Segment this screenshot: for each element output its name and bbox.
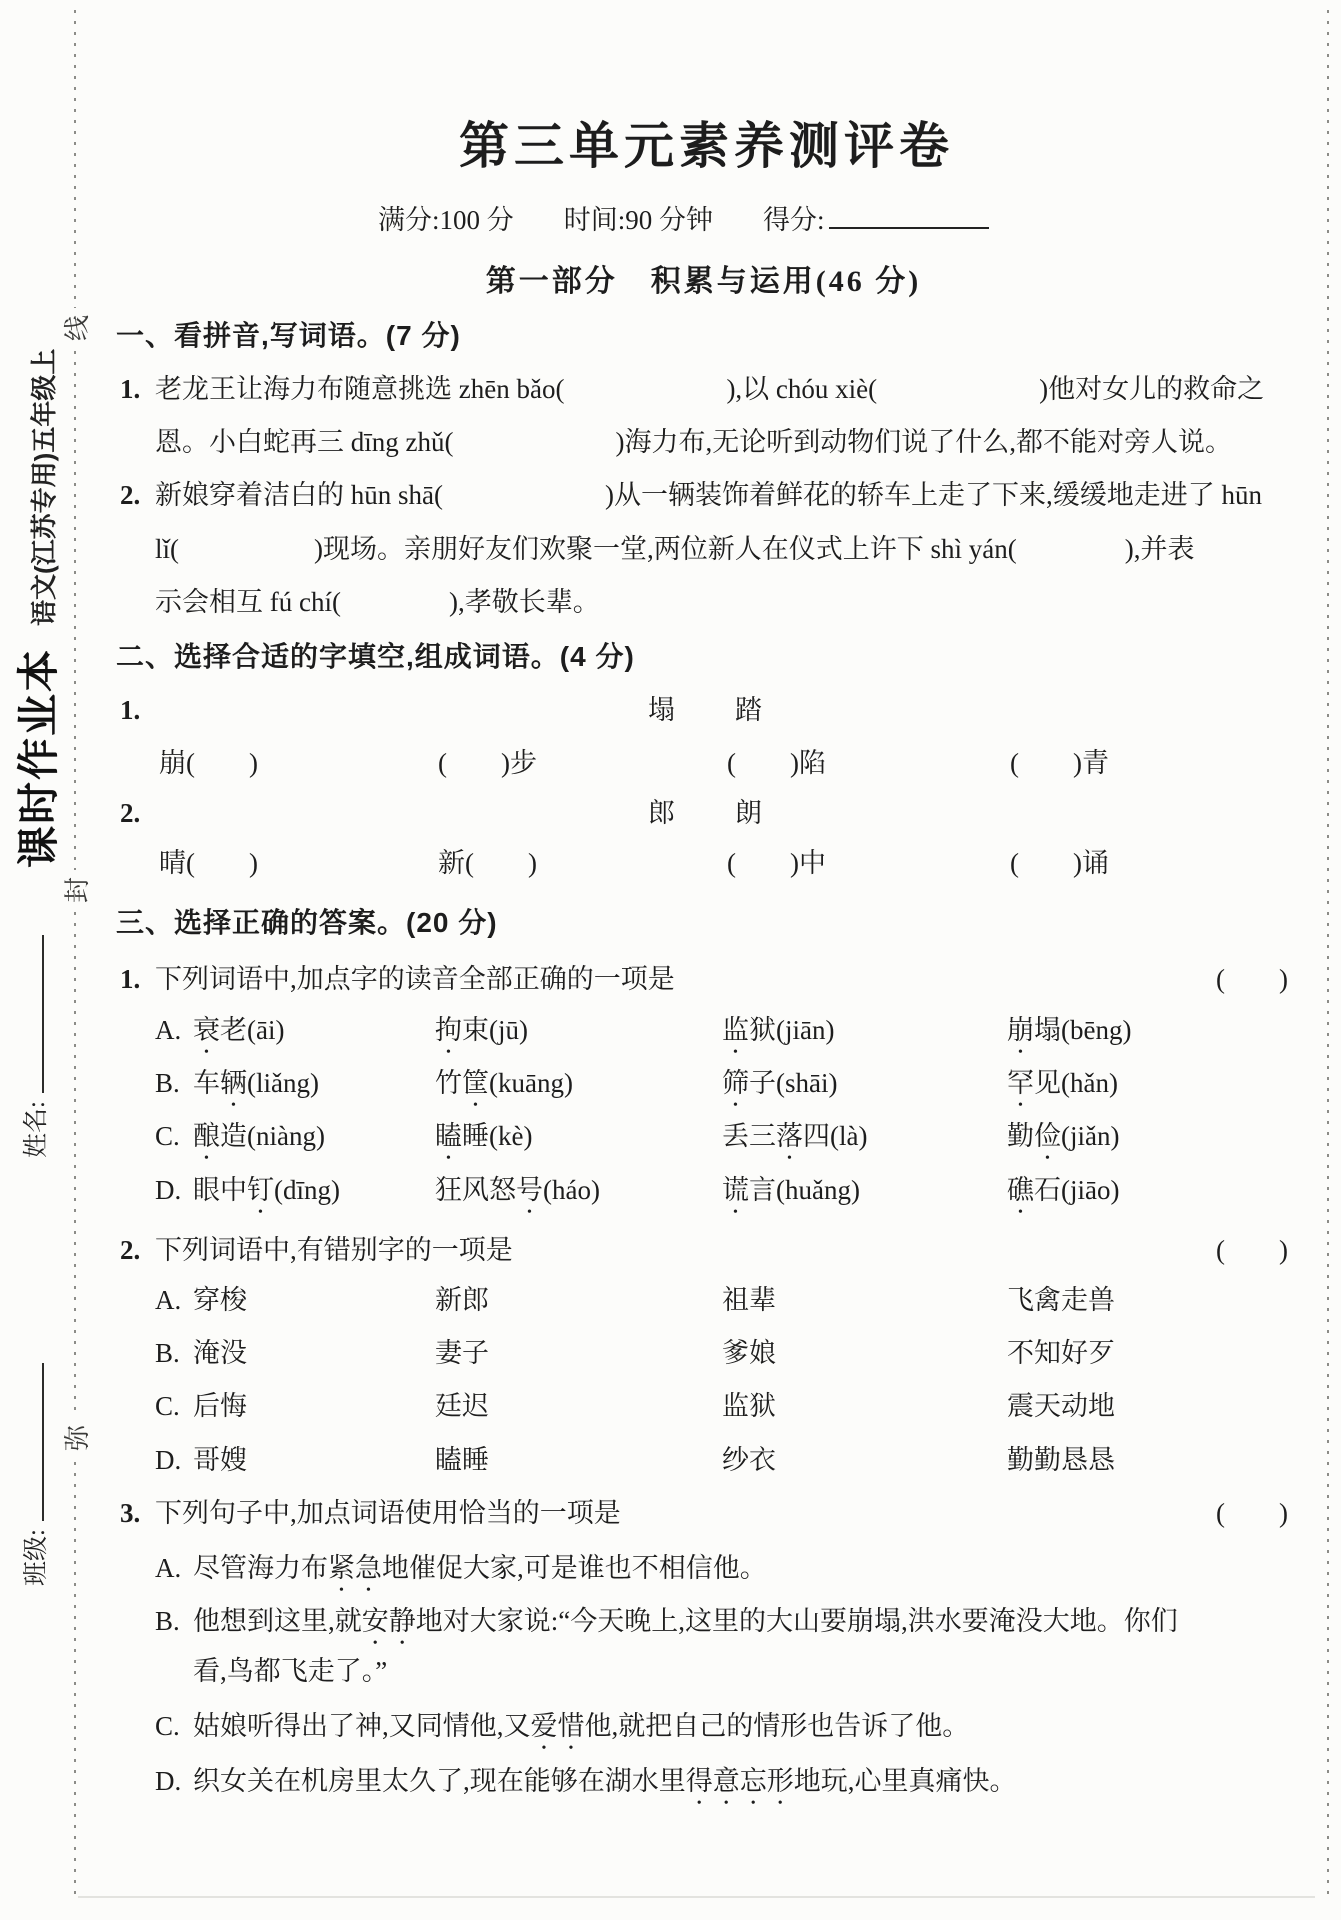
- emphasized-chars: 紧急: [328, 1553, 382, 1583]
- option-label: B.: [155, 1065, 180, 1101]
- option-word: 纱衣: [722, 1442, 776, 1478]
- score-blank-line: [829, 207, 989, 229]
- option-row: C. 酿造(niàng) 瞌睡(kè) 丢三落四(là) 勤俭(jiǎn): [95, 1118, 1290, 1154]
- pinyin-sentence-line: 老龙王让海力布随意挑选 zhēn bǎo( ),以 chóu xiè( )他对女…: [155, 371, 1264, 407]
- option-word: 丢三落四(là): [722, 1118, 867, 1166]
- option-sentence-text: 看,鸟都飞走了。”: [193, 1653, 387, 1689]
- page-bottom-edge: [78, 1896, 1315, 1898]
- option-label: B.: [155, 1335, 180, 1371]
- option-word: 监狱(jiān): [722, 1012, 834, 1060]
- option-word: 爹娘: [722, 1335, 776, 1371]
- fill-blank-cell: ( )中: [727, 845, 826, 881]
- exam-title: 第三单元素养测评卷: [95, 106, 1290, 178]
- option-word: 拘束(jū): [435, 1012, 528, 1060]
- exam-content: 第三单元素养测评卷 满分:100 分 时间:90 分钟 得分: 第一部分 积累与…: [95, 0, 1290, 1920]
- item-number: 1.: [120, 371, 140, 407]
- part-one-heading: 第一部分 积累与运用(46 分): [95, 256, 1290, 300]
- section-one-heading: 一、看拼音,写词语。(7 分): [116, 318, 461, 354]
- option-row: D. 眼中钉(dīng) 狂风怒号(háo) 谎言(huǎng) 礁石(jiāo…: [95, 1172, 1290, 1208]
- option-row: B. 车辆(liǎng) 竹筐(kuāng) 筛子(shāi) 罕见(hǎn): [95, 1065, 1290, 1101]
- spine-series-title: 课时作业本: [6, 648, 66, 868]
- fill-blank-cell: ( )步: [438, 745, 537, 781]
- option-word: 勤俭(jiǎn): [1007, 1118, 1119, 1166]
- question-stem: 3. 下列句子中,加点词语使用恰当的一项是 ( ): [95, 1495, 1290, 1531]
- option-label: B.: [155, 1603, 180, 1639]
- emphasized-chars: 落: [776, 1121, 803, 1151]
- emphasized-chars: 衰: [193, 1015, 220, 1045]
- pinyin-sentence-line: 示会相互 fú chí( ),孝敬长辈。: [155, 584, 600, 620]
- option-label: A.: [155, 1550, 181, 1586]
- option-sentence-text: 姑娘听得出了神,又同情他,又爱惜他,就把自己的情形也告诉了他。: [193, 1708, 969, 1756]
- option-word: 廷迟: [435, 1388, 489, 1424]
- score-field: 得分:: [763, 198, 989, 237]
- emphasized-chars: 礁: [1007, 1175, 1034, 1205]
- option-word: 震天动地: [1007, 1388, 1115, 1424]
- option-word: 淹没: [193, 1335, 247, 1371]
- emphasized-chars: 俭: [1034, 1121, 1061, 1151]
- option-label: D.: [155, 1442, 181, 1478]
- option-sentence-continuation: 看,鸟都飞走了。”: [95, 1653, 1290, 1689]
- seal-char-feng: 封: [55, 870, 95, 910]
- option-sentence-text: 织女关在机房里太久了,现在能够在湖水里得意忘形地玩,心里真痛快。: [193, 1763, 1017, 1811]
- exam-paper-page: 线 封 弥 课时作业本 语文(江苏专用)五年级上 姓名: 班级: 第三单元素养测…: [0, 0, 1341, 1920]
- answer-bracket: ( ): [1216, 1232, 1288, 1268]
- section-two-heading: 二、选择合适的字填空,组成词语。(4 分): [116, 639, 635, 675]
- option-word: 勤勤恳恳: [1007, 1442, 1115, 1478]
- question-stem-text: 下列词语中,加点字的读音全部正确的一项是: [155, 961, 675, 997]
- option-word: 筛子(shāi): [722, 1065, 837, 1113]
- question-stem-text: 下列词语中,有错别字的一项是: [155, 1232, 513, 1268]
- option-word: 罕见(hǎn): [1007, 1065, 1118, 1113]
- class-blank-line: [22, 1363, 44, 1521]
- option-word: 祖辈: [722, 1282, 776, 1318]
- question-number: 1.: [120, 961, 140, 997]
- char-options: 塌 踏: [648, 692, 764, 728]
- option-sentence-text: 他想到这里,就安静地对大家说:“今天晚上,这里的大山要崩塌,洪水要淹没大地。你们: [193, 1603, 1178, 1651]
- exam-info-line: 满分:100 分 时间:90 分钟 得分:: [378, 198, 989, 237]
- emphasized-chars: 爱惜: [531, 1711, 585, 1741]
- emphasized-chars: 辆: [220, 1068, 247, 1098]
- emphasized-chars: 号: [516, 1175, 543, 1205]
- emphasized-chars: 监: [722, 1015, 749, 1045]
- question-number: 2.: [120, 1232, 140, 1268]
- pinyin-sentence-line: lǐ( )现场。亲朋好友们欢聚一堂,两位新人在仪式上许下 shì yán( ),…: [155, 531, 1194, 567]
- fill-blank-row: 崩( ) ( )步 ( )陷 ( )青: [95, 745, 1290, 781]
- full-score-label: 满分:100 分: [378, 198, 514, 237]
- student-class-field: 班级:: [16, 1363, 52, 1586]
- item-number: 2.: [120, 795, 140, 831]
- char-choice-group: 1. 塌 踏: [95, 692, 1290, 728]
- name-label: 姓名:: [16, 1101, 52, 1158]
- question-number: 3.: [120, 1495, 140, 1531]
- option-word: 飞禽走兽: [1007, 1282, 1115, 1318]
- option-word: 谎言(huǎng): [722, 1172, 860, 1220]
- option-word: 后悔: [193, 1388, 247, 1424]
- option-word: 崩塌(bēng): [1007, 1012, 1131, 1060]
- question-stem-text: 下列句子中,加点词语使用恰当的一项是: [155, 1495, 621, 1531]
- option-label: A.: [155, 1282, 181, 1318]
- option-word: 哥嫂: [193, 1442, 247, 1478]
- emphasized-chars: 得意忘形: [686, 1766, 794, 1796]
- item-number: 1.: [120, 692, 140, 728]
- char-choice-group: 2. 郎 朗: [95, 795, 1290, 831]
- option-row: B. 淹没 妻子 爹娘 不知好歹: [95, 1335, 1290, 1371]
- emphasized-chars: 瞌: [435, 1121, 462, 1151]
- char-options: 郎 朗: [648, 795, 764, 831]
- emphasized-chars: 谎: [722, 1175, 749, 1205]
- option-word: 瞌睡(kè): [435, 1118, 532, 1166]
- fill-blank-cell: 晴( ): [159, 845, 258, 881]
- right-seal-dotted-line: [1327, 10, 1329, 1898]
- question-stem: 2. 下列词语中,有错别字的一项是 ( ): [95, 1232, 1290, 1268]
- class-label: 班级:: [16, 1529, 52, 1586]
- option-sentence-text: 尽管海力布紧急地催促大家,可是谁也不相信他。: [193, 1550, 767, 1598]
- option-word: 监狱: [722, 1388, 776, 1424]
- seal-char-mi: 弥: [55, 1418, 95, 1458]
- emphasized-chars: 筐: [462, 1068, 489, 1098]
- fill-blank-cell: ( )陷: [727, 745, 826, 781]
- option-label: A.: [155, 1012, 181, 1048]
- fill-blank-cell: 新( ): [438, 845, 537, 881]
- emphasized-chars: 筛: [722, 1068, 749, 1098]
- left-seal-dotted-line: [74, 10, 76, 1898]
- seal-char-xian: 线: [55, 308, 95, 348]
- option-word: 狂风怒号(háo): [435, 1172, 600, 1220]
- option-sentence: C. 姑娘听得出了神,又同情他,又爱惜他,就把自己的情形也告诉了他。: [95, 1708, 1290, 1744]
- option-label: D.: [155, 1763, 181, 1799]
- option-word: 穿梭: [193, 1282, 247, 1318]
- option-sentence: B. 他想到这里,就安静地对大家说:“今天晚上,这里的大山要崩塌,洪水要淹没大地…: [95, 1603, 1290, 1639]
- option-label: C.: [155, 1118, 180, 1154]
- option-word: 车辆(liǎng): [193, 1065, 319, 1113]
- option-word: 眼中钉(dīng): [193, 1172, 340, 1220]
- fill-blank-cell: ( )青: [1010, 745, 1109, 781]
- option-word: 酿造(niàng): [193, 1118, 325, 1166]
- name-blank-line: [22, 935, 44, 1093]
- emphasized-chars: 钉: [247, 1175, 274, 1205]
- section-three-heading: 三、选择正确的答案。(20 分): [116, 905, 498, 941]
- option-row: A. 穿梭 新郎 祖辈 飞禽走兽: [95, 1282, 1290, 1318]
- answer-bracket: ( ): [1216, 1495, 1288, 1531]
- fill-blank-cell: 崩( ): [159, 745, 258, 781]
- option-word: 妻子: [435, 1335, 489, 1371]
- emphasized-chars: 酿: [193, 1121, 220, 1151]
- emphasized-chars: 罕: [1007, 1068, 1034, 1098]
- option-sentence: D. 织女关在机房里太久了,现在能够在湖水里得意忘形地玩,心里真痛快。: [95, 1763, 1290, 1799]
- option-label: C.: [155, 1708, 180, 1744]
- option-label: D.: [155, 1172, 181, 1208]
- time-limit-label: 时间:90 分钟: [564, 198, 713, 237]
- answer-bracket: ( ): [1216, 961, 1288, 997]
- option-word: 新郎: [435, 1282, 489, 1318]
- spine-subject-edition: 语文(江苏专用)五年级上: [24, 349, 61, 626]
- score-label: 得分:: [763, 205, 825, 235]
- item-number: 2.: [120, 477, 140, 513]
- fill-blank-cell: ( )诵: [1010, 845, 1109, 881]
- option-word: 瞌睡: [435, 1442, 489, 1478]
- emphasized-chars: 安静: [362, 1606, 416, 1636]
- option-row: A. 衰老(āi) 拘束(jū) 监狱(jiān) 崩塌(bēng): [95, 1012, 1290, 1048]
- option-word: 竹筐(kuāng): [435, 1065, 573, 1113]
- emphasized-chars: 拘: [435, 1015, 462, 1045]
- option-word: 礁石(jiāo): [1007, 1172, 1119, 1220]
- option-sentence: A. 尽管海力布紧急地催促大家,可是谁也不相信他。: [95, 1550, 1290, 1586]
- fill-blank-row: 晴( ) 新( ) ( )中 ( )诵: [95, 845, 1290, 881]
- student-name-field: 姓名:: [16, 935, 52, 1158]
- option-row: D. 哥嫂 瞌睡 纱衣 勤勤恳恳: [95, 1442, 1290, 1478]
- pinyin-sentence-line: 新娘穿着洁白的 hūn shā( )从一辆装饰着鲜花的轿车上走了下来,缓缓地走进…: [155, 477, 1262, 513]
- question-stem: 1. 下列词语中,加点字的读音全部正确的一项是 ( ): [95, 961, 1290, 997]
- option-word: 不知好歹: [1007, 1335, 1115, 1371]
- emphasized-chars: 崩: [1007, 1015, 1034, 1045]
- pinyin-sentence-line: 恩。小白蛇再三 dīng zhǔ( )海力布,无论听到动物们说了什么,都不能对旁…: [155, 424, 1232, 460]
- option-row: C. 后悔 廷迟 监狱 震天动地: [95, 1388, 1290, 1424]
- option-word: 衰老(āi): [193, 1012, 284, 1060]
- option-label: C.: [155, 1388, 180, 1424]
